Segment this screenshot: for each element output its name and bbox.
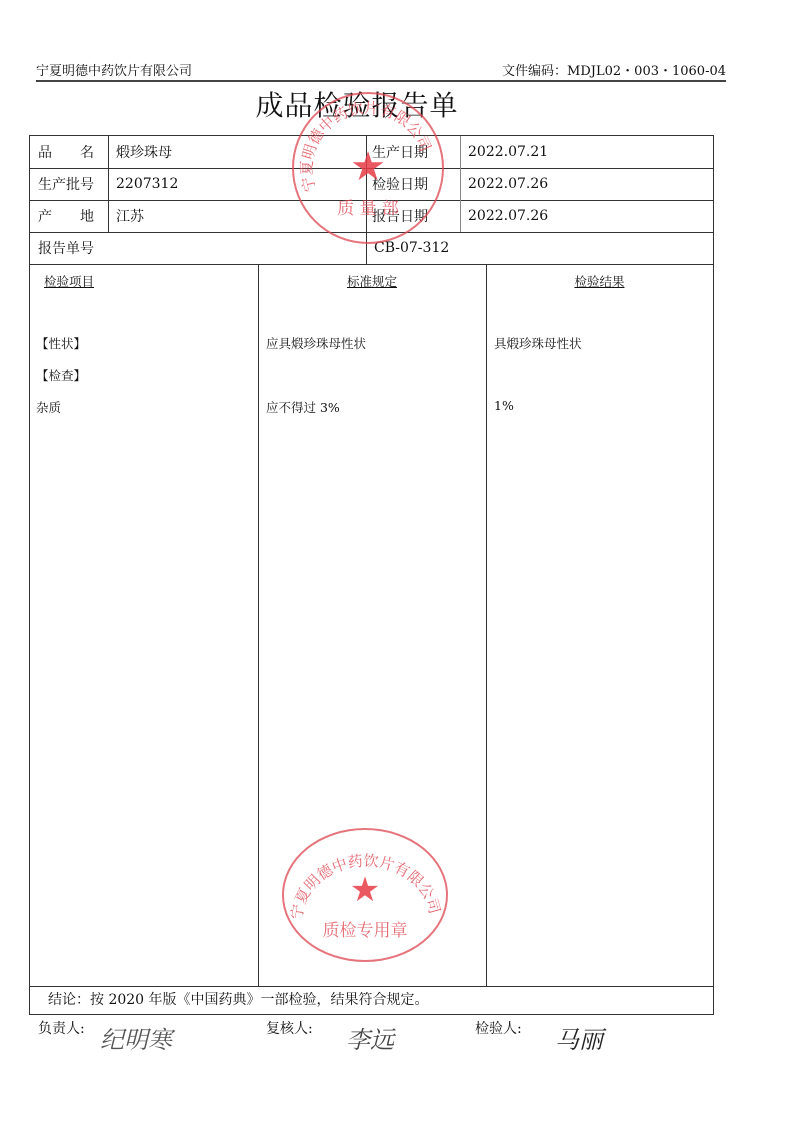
inspector-signature: 马丽	[555, 1020, 603, 1055]
prod-date-label: 生产日期	[366, 136, 460, 168]
report-no-label: 报告单号	[30, 232, 366, 264]
divider	[486, 264, 487, 986]
responsible-label: 负责人:	[38, 1018, 85, 1038]
row-item: 【性状】	[36, 334, 86, 352]
batch-label: 生产批号	[30, 168, 108, 200]
inspector-label: 检验人:	[475, 1018, 522, 1038]
reviewer-signature: 李远	[346, 1020, 394, 1055]
prod-date-value: 2022.07.21	[460, 136, 713, 168]
conclusion: 结论：按 2020 年版《中国药典》一部检验，结果符合规定。	[48, 989, 429, 1009]
batch-value: 2207312	[108, 168, 366, 200]
origin-label: 产 地	[30, 200, 108, 232]
inspect-date-label: 检验日期	[366, 168, 460, 200]
col-header-item: 检验项目	[44, 272, 94, 290]
divider	[30, 264, 713, 265]
row-item: 【检查】	[36, 366, 86, 384]
header-doc-code: 文件编码：MDJL02・003・1060-04	[502, 60, 726, 79]
row-item: 杂质	[36, 398, 61, 416]
report-date-label: 报告日期	[366, 200, 460, 232]
product-name-value: 煅珍珠母	[108, 136, 366, 168]
divider	[30, 986, 713, 987]
report-no-value: CB-07-312	[366, 232, 713, 264]
header-rule	[36, 80, 726, 82]
col-header-standard: 标准规定	[258, 272, 486, 290]
row-result: 1%	[494, 398, 514, 413]
report-table: 品 名 煅珍珠母 生产批号 2207312 产 地 江苏 报告单号 CB-07-…	[29, 135, 714, 1015]
responsible-signature: 纪明寒	[100, 1020, 172, 1055]
product-name-label: 品 名	[30, 136, 108, 168]
page-title: 成品检验报告单	[0, 84, 714, 124]
reviewer-label: 复核人:	[266, 1018, 313, 1038]
divider	[258, 264, 259, 986]
origin-value: 江苏	[108, 200, 366, 232]
report-date-value: 2022.07.26	[460, 200, 713, 232]
row-standard: 应不得过 3%	[266, 398, 340, 416]
inspect-date-value: 2022.07.26	[460, 168, 713, 200]
col-header-result: 检验结果	[486, 272, 713, 290]
header-company: 宁夏明德中药饮片有限公司	[36, 60, 192, 79]
row-standard: 应具煅珍珠母性状	[266, 334, 366, 352]
row-result: 具煅珍珠母性状	[494, 334, 582, 352]
